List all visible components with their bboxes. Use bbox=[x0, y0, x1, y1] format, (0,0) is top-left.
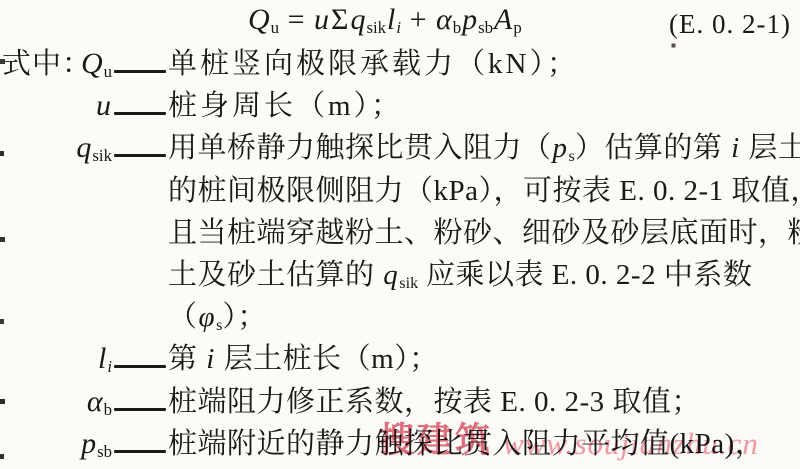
dash-line bbox=[114, 112, 166, 115]
text-segment: b bbox=[104, 400, 112, 419]
text-segment: i bbox=[107, 357, 112, 376]
text-segment: 桩端附近的静力触探比贯入阻力平均值(kPa)， bbox=[168, 428, 764, 460]
text-segment: 用单桥静力触探比贯入阻力（ bbox=[168, 132, 552, 164]
text-segment: 第 bbox=[168, 343, 205, 375]
definition-text: 桩端阻力修正系数，按表 E. 0. 2-3 取值； bbox=[168, 384, 701, 420]
text-segment: p bbox=[461, 3, 478, 36]
equation: Qu = uΣqsikli + αbpsbAp bbox=[247, 2, 522, 46]
definition-text: 单桩竖向极限承载力（kN）； bbox=[168, 46, 579, 82]
text-segment: i bbox=[730, 132, 741, 164]
text-segment: q bbox=[382, 259, 399, 291]
dash-line bbox=[114, 365, 166, 368]
definition-row: qsik用单桥静力触探比贯入阻力（ps）估算的第 i 层土 bbox=[0, 130, 800, 174]
text-segment: l bbox=[97, 342, 107, 375]
symbol-label: αb bbox=[0, 384, 112, 428]
definition-text: （φs）； bbox=[168, 301, 267, 333]
definition-text: 第 i 层土桩长（m）； bbox=[168, 341, 439, 377]
text-segment: q bbox=[75, 131, 92, 164]
dash-line bbox=[114, 154, 166, 157]
text-segment: q bbox=[349, 3, 366, 36]
text-segment: ）； bbox=[222, 301, 267, 333]
definition-text: 的桩间极限侧阻力（kPa），可按表 E. 0. 2-1 取值， bbox=[168, 175, 800, 207]
text-segment: α bbox=[86, 385, 104, 418]
symbol-label: psb bbox=[0, 426, 112, 469]
definition-text: 用单桥静力触探比贯入阻力（ps）估算的第 i 层土 bbox=[168, 130, 800, 174]
continuation-row: 的桩间极限侧阻力（kPa），可按表 E. 0. 2-1 取值， bbox=[0, 173, 800, 214]
text-segment: A bbox=[493, 3, 513, 36]
text-segment: （ bbox=[168, 301, 198, 333]
text-segment: + bbox=[401, 3, 435, 36]
equation-number: (E. 0. 2-1) bbox=[669, 6, 791, 42]
text-segment: u bbox=[104, 62, 112, 81]
definition-row: psb桩端附近的静力触探比贯入阻力平均值(kPa)， bbox=[0, 426, 800, 469]
dash-line bbox=[114, 408, 166, 411]
dash-line bbox=[114, 70, 166, 73]
definition-text: 土及砂土估算的 qsik 应乘以表 E. 0. 2-2 中系数 bbox=[168, 259, 752, 291]
text-segment: i bbox=[205, 343, 216, 375]
text-segment: p bbox=[513, 18, 521, 37]
text-segment: 层土 bbox=[741, 132, 800, 164]
text-segment: p bbox=[552, 132, 569, 164]
text-segment: 应乘以表 E. 0. 2-2 中系数 bbox=[418, 259, 752, 291]
text-segment: p bbox=[80, 427, 97, 460]
text-segment: u bbox=[313, 3, 330, 36]
equation-line: Qu = uΣqsikli + αbpsbAp (E. 0. 2-1) bbox=[0, 2, 800, 44]
text-segment: u bbox=[95, 89, 112, 122]
text-segment: ）估算的第 bbox=[575, 132, 730, 164]
text-segment: 的桩间极限侧阻力（kPa），可按表 E. 0. 2-1 取值， bbox=[168, 175, 800, 207]
continuation-row: 土及砂土估算的 qsik 应乘以表 E. 0. 2-2 中系数 bbox=[0, 257, 800, 301]
symbol-label: li bbox=[0, 341, 112, 385]
text-segment: α bbox=[435, 3, 453, 36]
text-segment: Σ bbox=[330, 3, 349, 36]
text-segment: 桩端阻力修正系数，按表 E. 0. 2-3 取值； bbox=[168, 386, 701, 418]
intro-label: 式中： bbox=[2, 46, 92, 82]
definition-text: 桩身周长（m）； bbox=[168, 88, 403, 124]
text-segment: sb bbox=[97, 442, 112, 461]
document-page: Qu = uΣqsikli + αbpsbAp (E. 0. 2-1) 式中：Q… bbox=[0, 0, 800, 469]
definition-text: 桩端附近的静力触探比贯入阻力平均值(kPa)， bbox=[168, 426, 764, 462]
text-segment: 且当桩端穿越粉土、粉砂、细砂及砂层底面时，粉 bbox=[168, 217, 800, 249]
text-segment: Q bbox=[247, 3, 271, 36]
text-segment: sik bbox=[92, 146, 112, 165]
text-segment: l bbox=[386, 3, 396, 36]
continuation-row: 且当桩端穿越粉土、粉砂、细砂及砂层底面时，粉 bbox=[0, 215, 800, 256]
definition-row: li第 i 层土桩长（m）； bbox=[0, 341, 800, 385]
scan-noise bbox=[0, 0, 3, 3]
definition-row: αb桩端阻力修正系数，按表 E. 0. 2-3 取值； bbox=[0, 384, 800, 428]
continuation-row: （φs）； bbox=[0, 299, 800, 343]
text-segment: = bbox=[279, 3, 313, 36]
dash-line bbox=[114, 450, 166, 453]
text-segment: sik bbox=[366, 18, 386, 37]
text-segment: 层土桩长（m）； bbox=[216, 343, 439, 375]
text-segment: 桩身周长（m）； bbox=[168, 90, 403, 122]
text-segment: φ bbox=[198, 301, 217, 333]
definition-row: 式中：Qu单桩竖向极限承载力（kN）； bbox=[0, 46, 800, 90]
text-segment: sik bbox=[399, 274, 418, 292]
definition-text: 且当桩端穿越粉土、粉砂、细砂及砂层底面时，粉 bbox=[168, 217, 800, 249]
text-segment: b bbox=[453, 18, 461, 37]
text-segment: 土及砂土估算的 bbox=[168, 259, 382, 291]
symbol-label: u bbox=[0, 88, 112, 124]
text-segment: 单桩竖向极限承载力（kN）； bbox=[168, 48, 579, 80]
symbol-label: qsik bbox=[0, 130, 112, 174]
definition-row: u桩身周长（m）； bbox=[0, 88, 800, 124]
text-segment: u bbox=[271, 18, 279, 37]
text-segment: sb bbox=[478, 18, 493, 37]
